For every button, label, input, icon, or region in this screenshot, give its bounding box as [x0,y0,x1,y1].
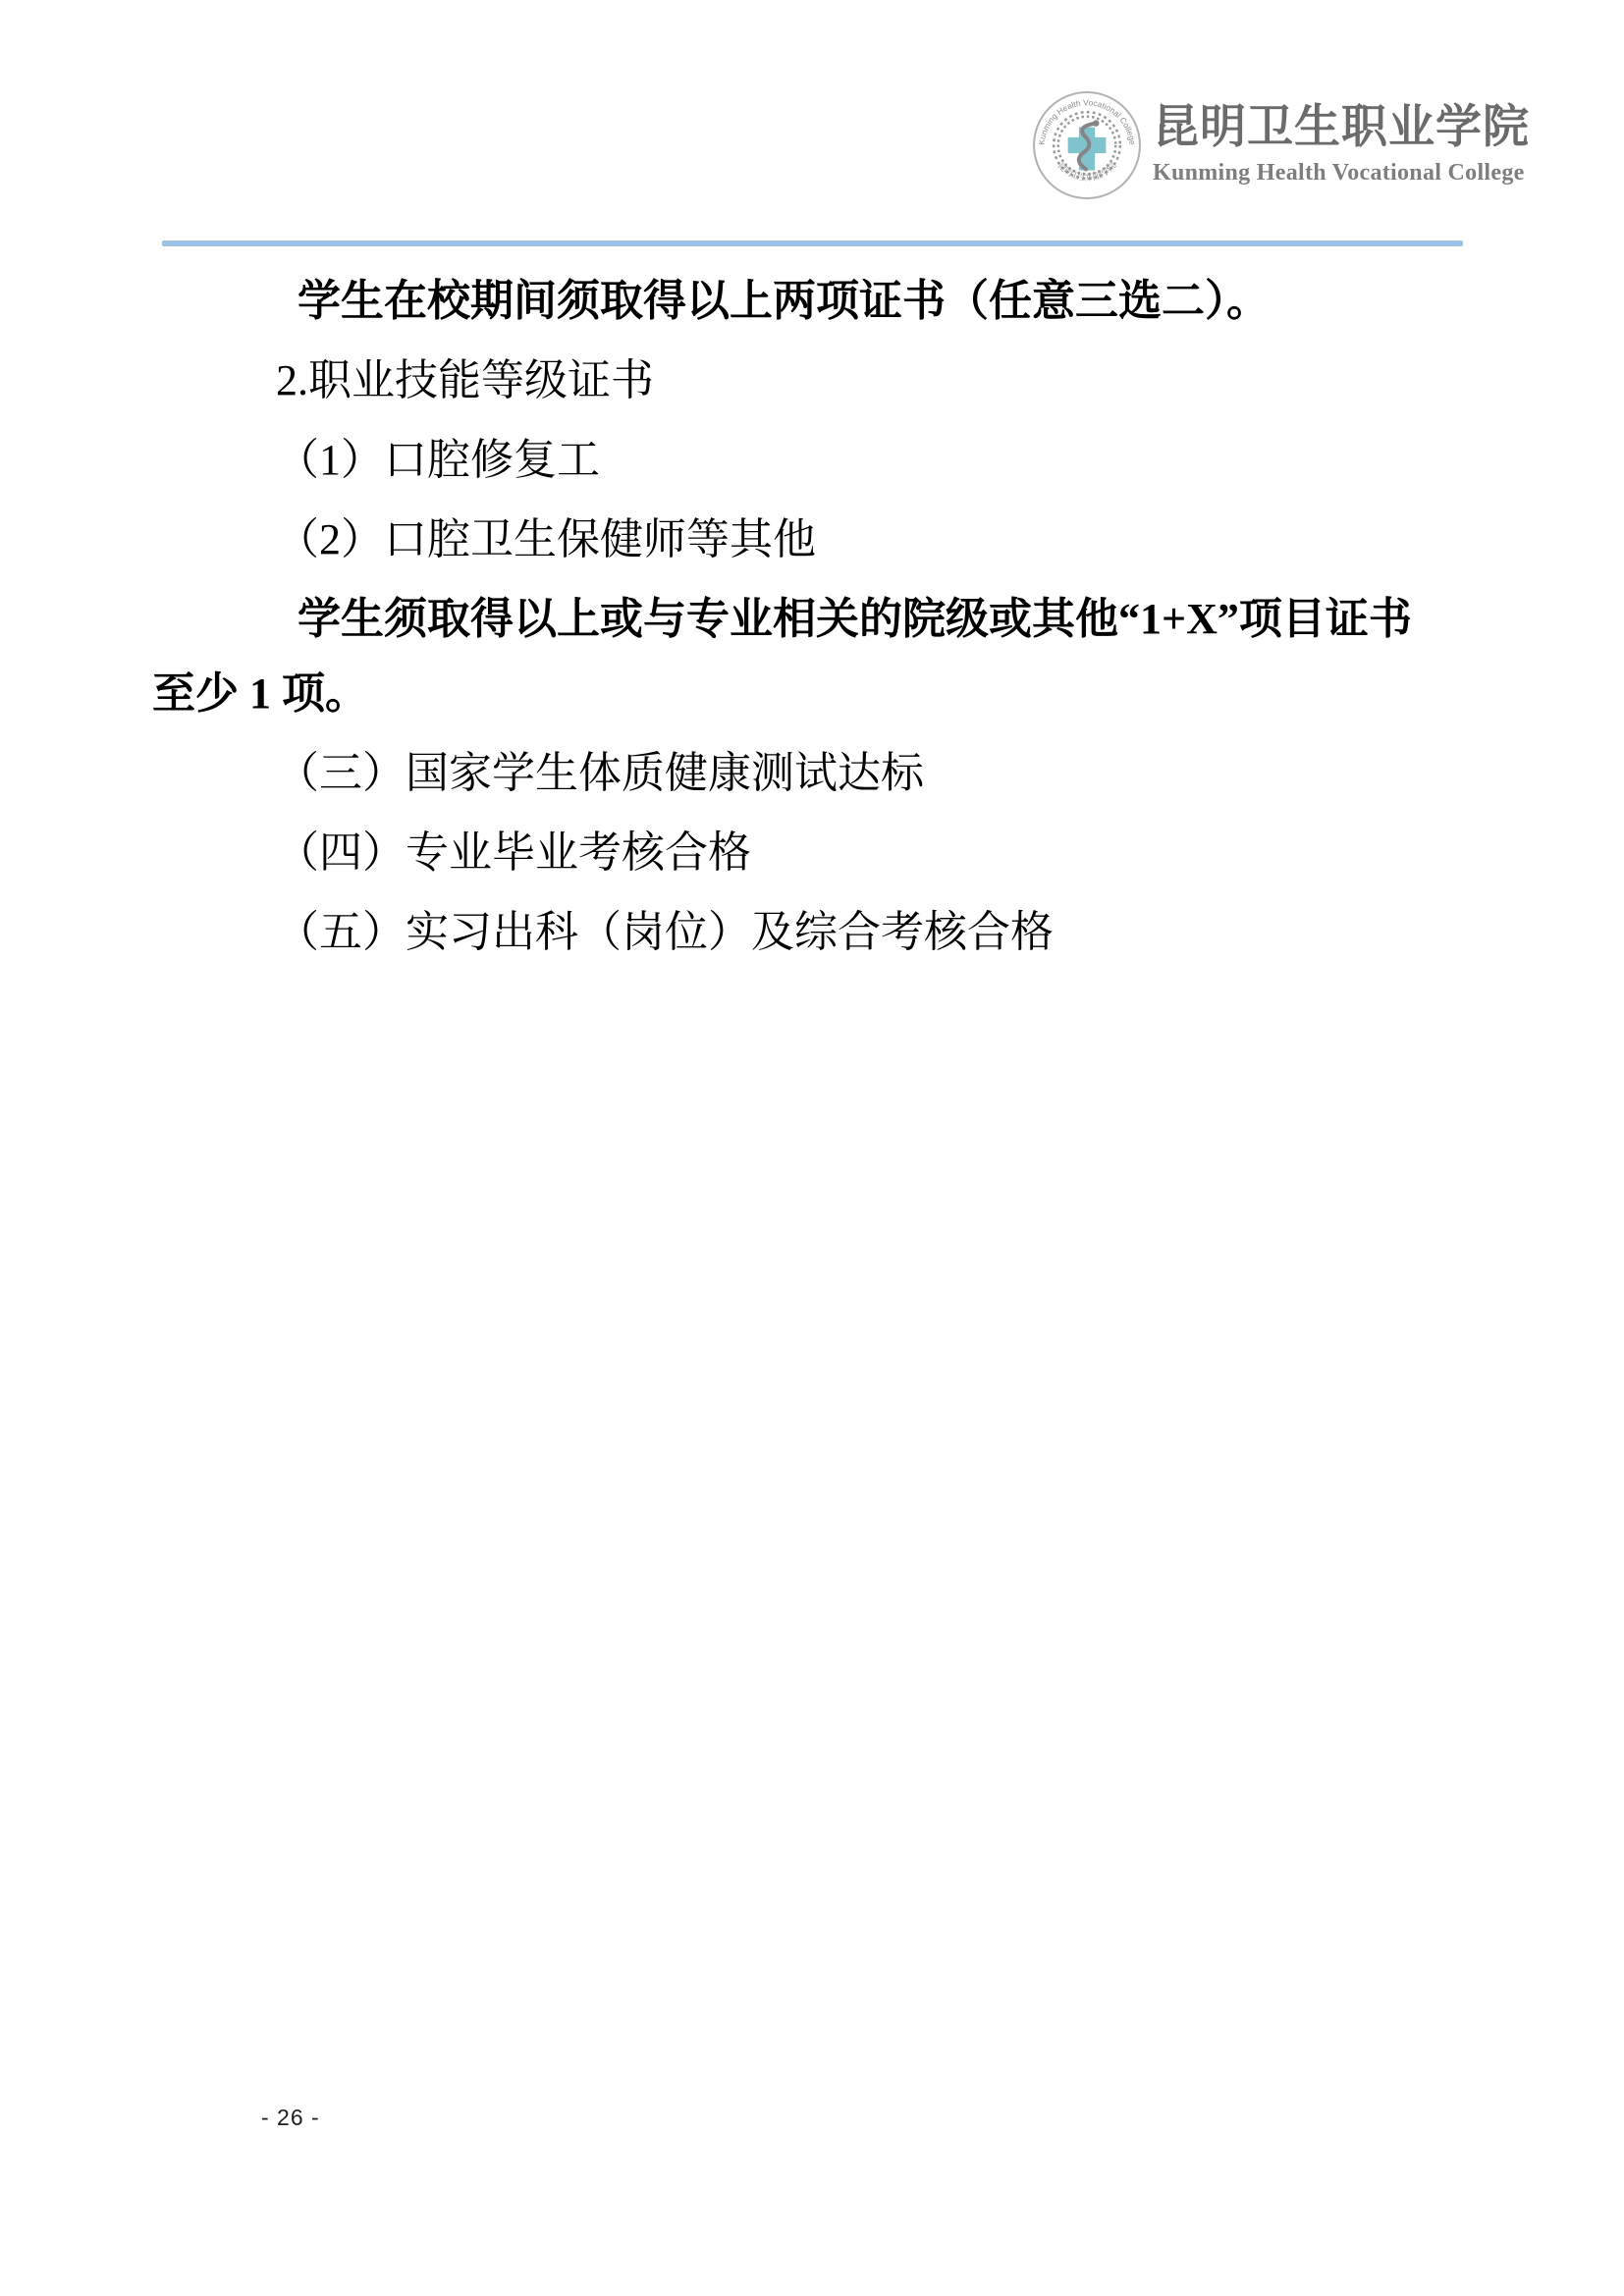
paragraph-item-four: （四）专业毕业考核合格 [152,827,1473,880]
college-seal-icon: Kunming Health Vocational College 昆明卫生职业… [1032,90,1142,200]
paragraph-item-2: （2）口腔卫生保健师等其他 [152,513,1473,566]
snake-head [1093,120,1100,127]
paragraph-skill-certificate-heading: 2.职业技能等级证书 [152,354,1473,407]
college-name-en: Kunming Health Vocational College [1153,160,1516,186]
header-divider-line [162,240,1463,246]
paragraph-item-1: （1）口腔修复工 [152,434,1473,487]
paragraph-item-five: （五）实习出科（岗位）及综合考核合格 [152,906,1473,959]
paragraph-1x-requirement-line1: 学生须取得以上或与专业相关的院级或其他“1+X”项目证书 [152,593,1473,646]
paragraph-1x-requirement-line2: 至少 1 项。 [152,667,1473,721]
paragraph-certificates-requirement: 学生在校期间须取得以上两项证书（任意三选二）。 [152,275,1473,328]
header-college-names: 昆明卫生职业学院 Kunming Health Vocational Colle… [1153,102,1516,186]
document-page: Kunming Health Vocational College 昆明卫生职业… [0,0,1624,2296]
paragraph-item-three: （三）国家学生体质健康测试达标 [152,747,1473,800]
college-name-zh: 昆明卫生职业学院 [1153,102,1516,153]
document-body: 学生在校期间须取得以上两项证书（任意三选二）。 2.职业技能等级证书 （1）口腔… [152,275,1473,986]
page-number: - 26 - [261,2105,320,2131]
